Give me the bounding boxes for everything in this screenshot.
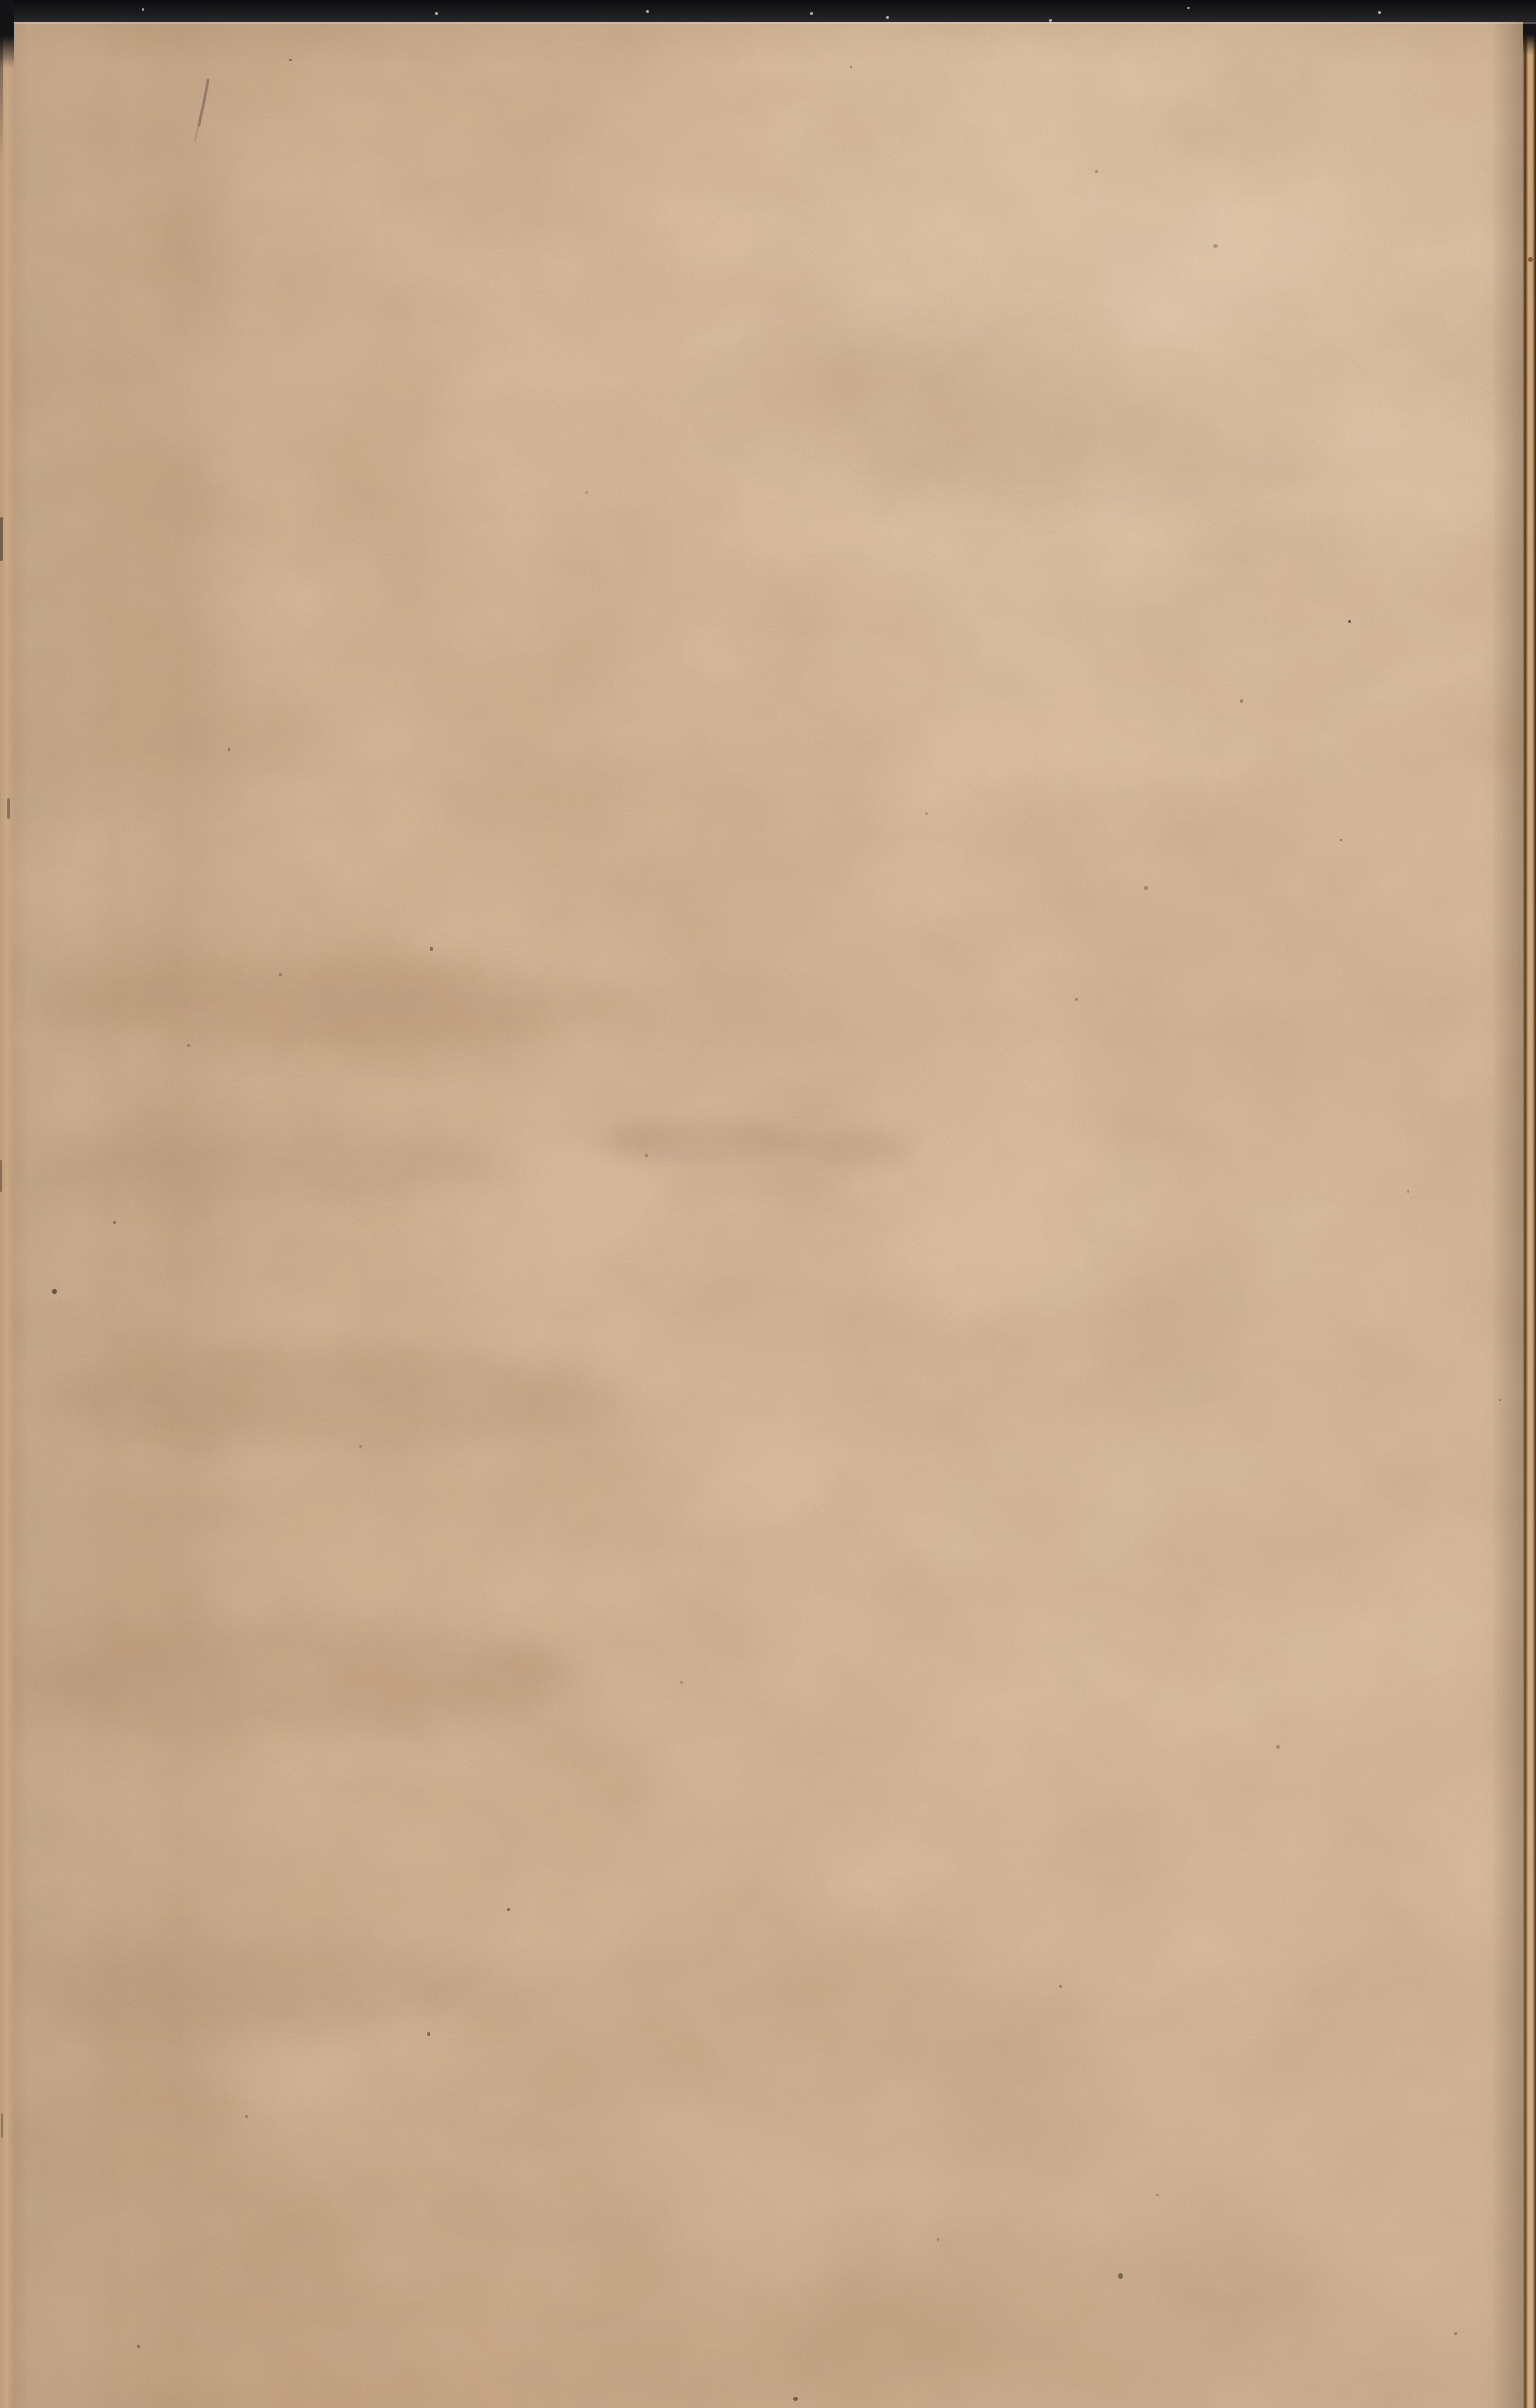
paper-speck [925,812,928,815]
crease-shadow [42,1346,618,1445]
scanned-page [0,0,1536,2408]
paper-speck [228,748,230,751]
paper-speck [1095,170,1098,173]
paper-speck [937,2238,939,2241]
paper-speck [1075,998,1078,1001]
edge-nick [0,517,3,561]
paper-speck [427,2032,430,2036]
paper-speck [585,491,588,494]
scanner-bed-strip-top [0,0,1536,22]
paper-speck [1348,620,1351,623]
scanner-band-speck [886,16,889,19]
paper-speck [1340,839,1342,841]
scanner-band-speck [810,12,813,15]
paper-speck [793,2397,798,2401]
paper-speck [507,1908,510,1911]
paper-speck [1407,1190,1409,1193]
paper-speck [187,1044,190,1047]
paper-speck [1454,2332,1457,2335]
crease-shadow [19,1941,472,2030]
paper-speck [1059,1985,1062,1988]
scanner-band-speck [1378,11,1381,14]
paper-speck [645,1154,648,1157]
scanner-band-speck [1187,7,1190,9]
crease-shadow [680,312,1359,510]
showthrough-smudge [798,1129,911,1165]
paper-speck [289,59,292,61]
paper-speck [850,66,852,68]
paper-speck [1213,244,1218,248]
paper-speck [1528,257,1533,262]
pen-mark-stroke [199,80,208,125]
paper-speck [279,973,282,976]
paper-speck [359,1445,362,1448]
page-top-edge-glint [0,22,1536,24]
paper-speck [1240,699,1243,703]
scanner-band-speck [646,10,649,13]
paper-speck [1156,2194,1159,2196]
paper-speck [137,2345,140,2348]
paper-speck [1118,2273,1123,2279]
edge-nick [7,798,10,819]
scanner-band-speck [1049,19,1052,22]
paper-speck [1276,1745,1280,1749]
crease-shadow [42,958,647,1048]
showthrough-smudge [661,1169,812,1197]
paper-speck [680,1681,683,1684]
edge-nick [0,1160,2,1192]
scanner-band-speck [142,8,144,11]
paper-speck [52,1289,57,1294]
paper-speck [430,947,433,951]
top-left-corner-shadow [0,0,14,68]
edge-nick [1,2113,3,2138]
showthrough-smudge [604,1120,802,1163]
scanner-band-speck [435,12,438,15]
paper-speck [1499,1399,1501,1401]
book-fore-edge [1523,0,1536,2408]
crease-shadow [33,1624,581,1733]
paper-speck [245,2115,248,2118]
paper-speck [1144,886,1148,890]
pen-mark-tail [195,125,199,141]
crease-shadow [28,1128,519,1204]
pen-mark [184,68,222,153]
paper-speck [113,1221,116,1224]
page-right-edge-shadow [1492,0,1526,2408]
page-left-edge [0,0,15,2408]
